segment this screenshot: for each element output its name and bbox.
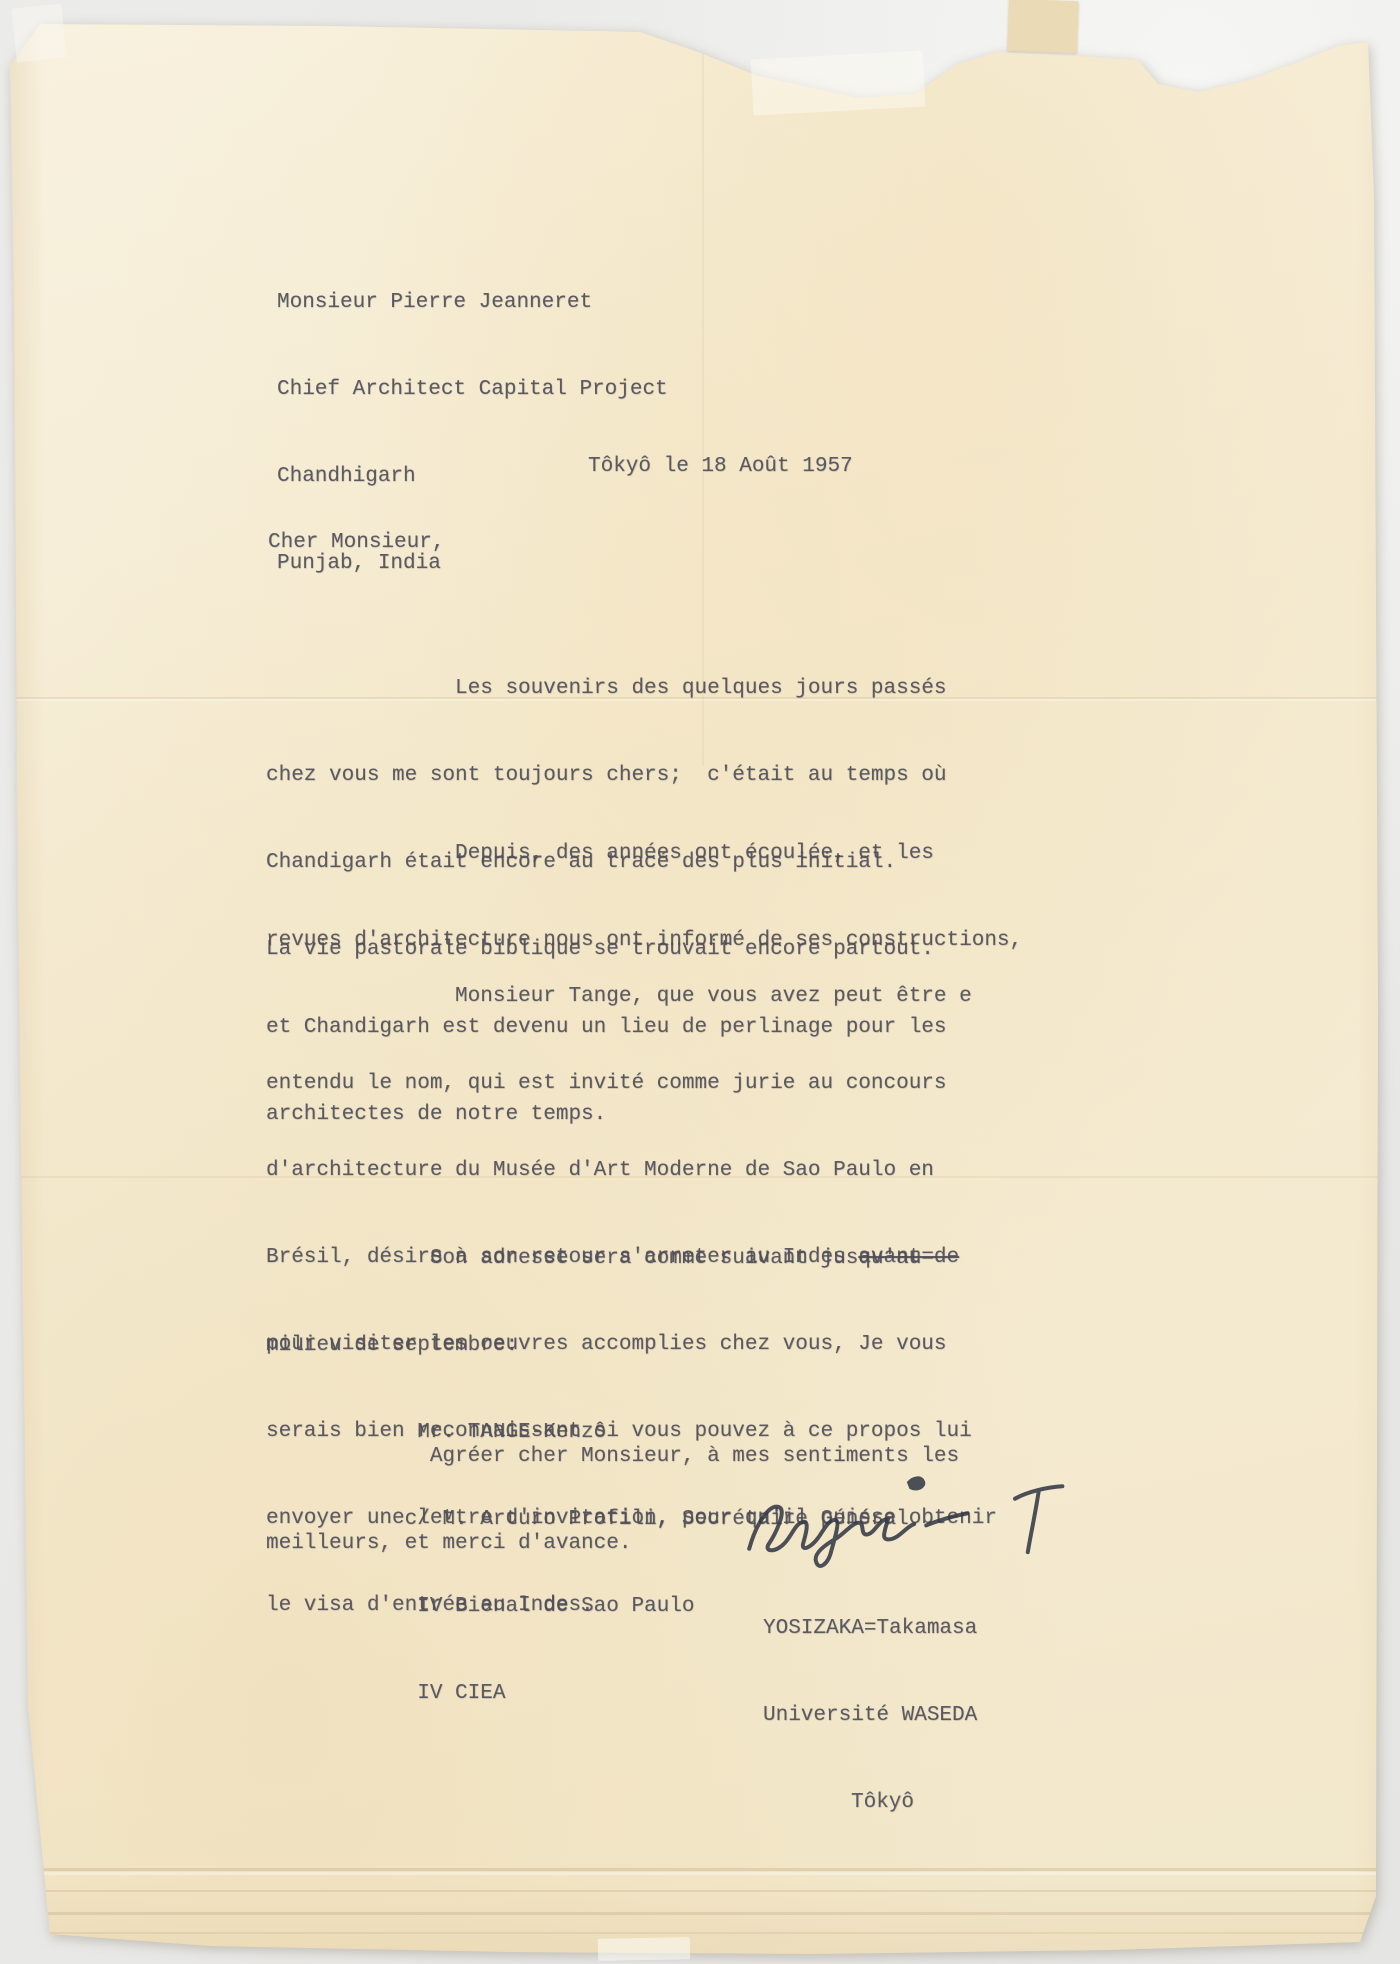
paragraph-4-line: Son adresse sera comme suivant jusqu'au [266,1244,921,1273]
signature-block: YOSIZAKA=Takamasa Université WASEDA Tôky… [763,1556,977,1875]
recipient-line: Chief Architect Capital Project [277,375,668,404]
paragraph-4-line: milieu de septembre: [266,1331,921,1360]
paragraph-2-line: Depuis, des années ont écoulée, et les [266,839,1022,868]
paragraph-3-line: Monsieur Tange, que vous avez peut être … [266,982,997,1011]
signature-city-line: Tôkyô [763,1788,977,1817]
paragraph-3-line: entendu le nom, qui est invité comme jur… [266,1069,997,1098]
tape-fragment-top-left [11,4,66,63]
date-line: Tôkyô le 18 Août 1957 [588,452,853,481]
closing-line: Agréer cher Monsieur, à mes sentiments l… [266,1442,959,1471]
paragraph-3-line: d'architecture du Musée d'Art Moderne de… [266,1156,997,1185]
salutation: Cher Monsieur, [268,528,444,557]
scanned-letter-page: Monsieur Pierre Jeanneret Chief Architec… [0,0,1400,1964]
recipient-line: Monsieur Pierre Jeanneret [277,288,668,317]
paragraph-1-line: Les souvenirs des quelques jours passés [266,674,947,703]
signature-name-line: YOSIZAKA=Takamasa [763,1614,977,1643]
signature-university-line: Université WASEDA [763,1701,977,1730]
tape-fragment-top-right [1007,0,1079,53]
tape-fragment-top-middle [751,51,926,116]
recipient-address-block: Monsieur Pierre Jeanneret Chief Architec… [277,230,668,636]
tape-fragment-bottom-center [598,1937,690,1961]
